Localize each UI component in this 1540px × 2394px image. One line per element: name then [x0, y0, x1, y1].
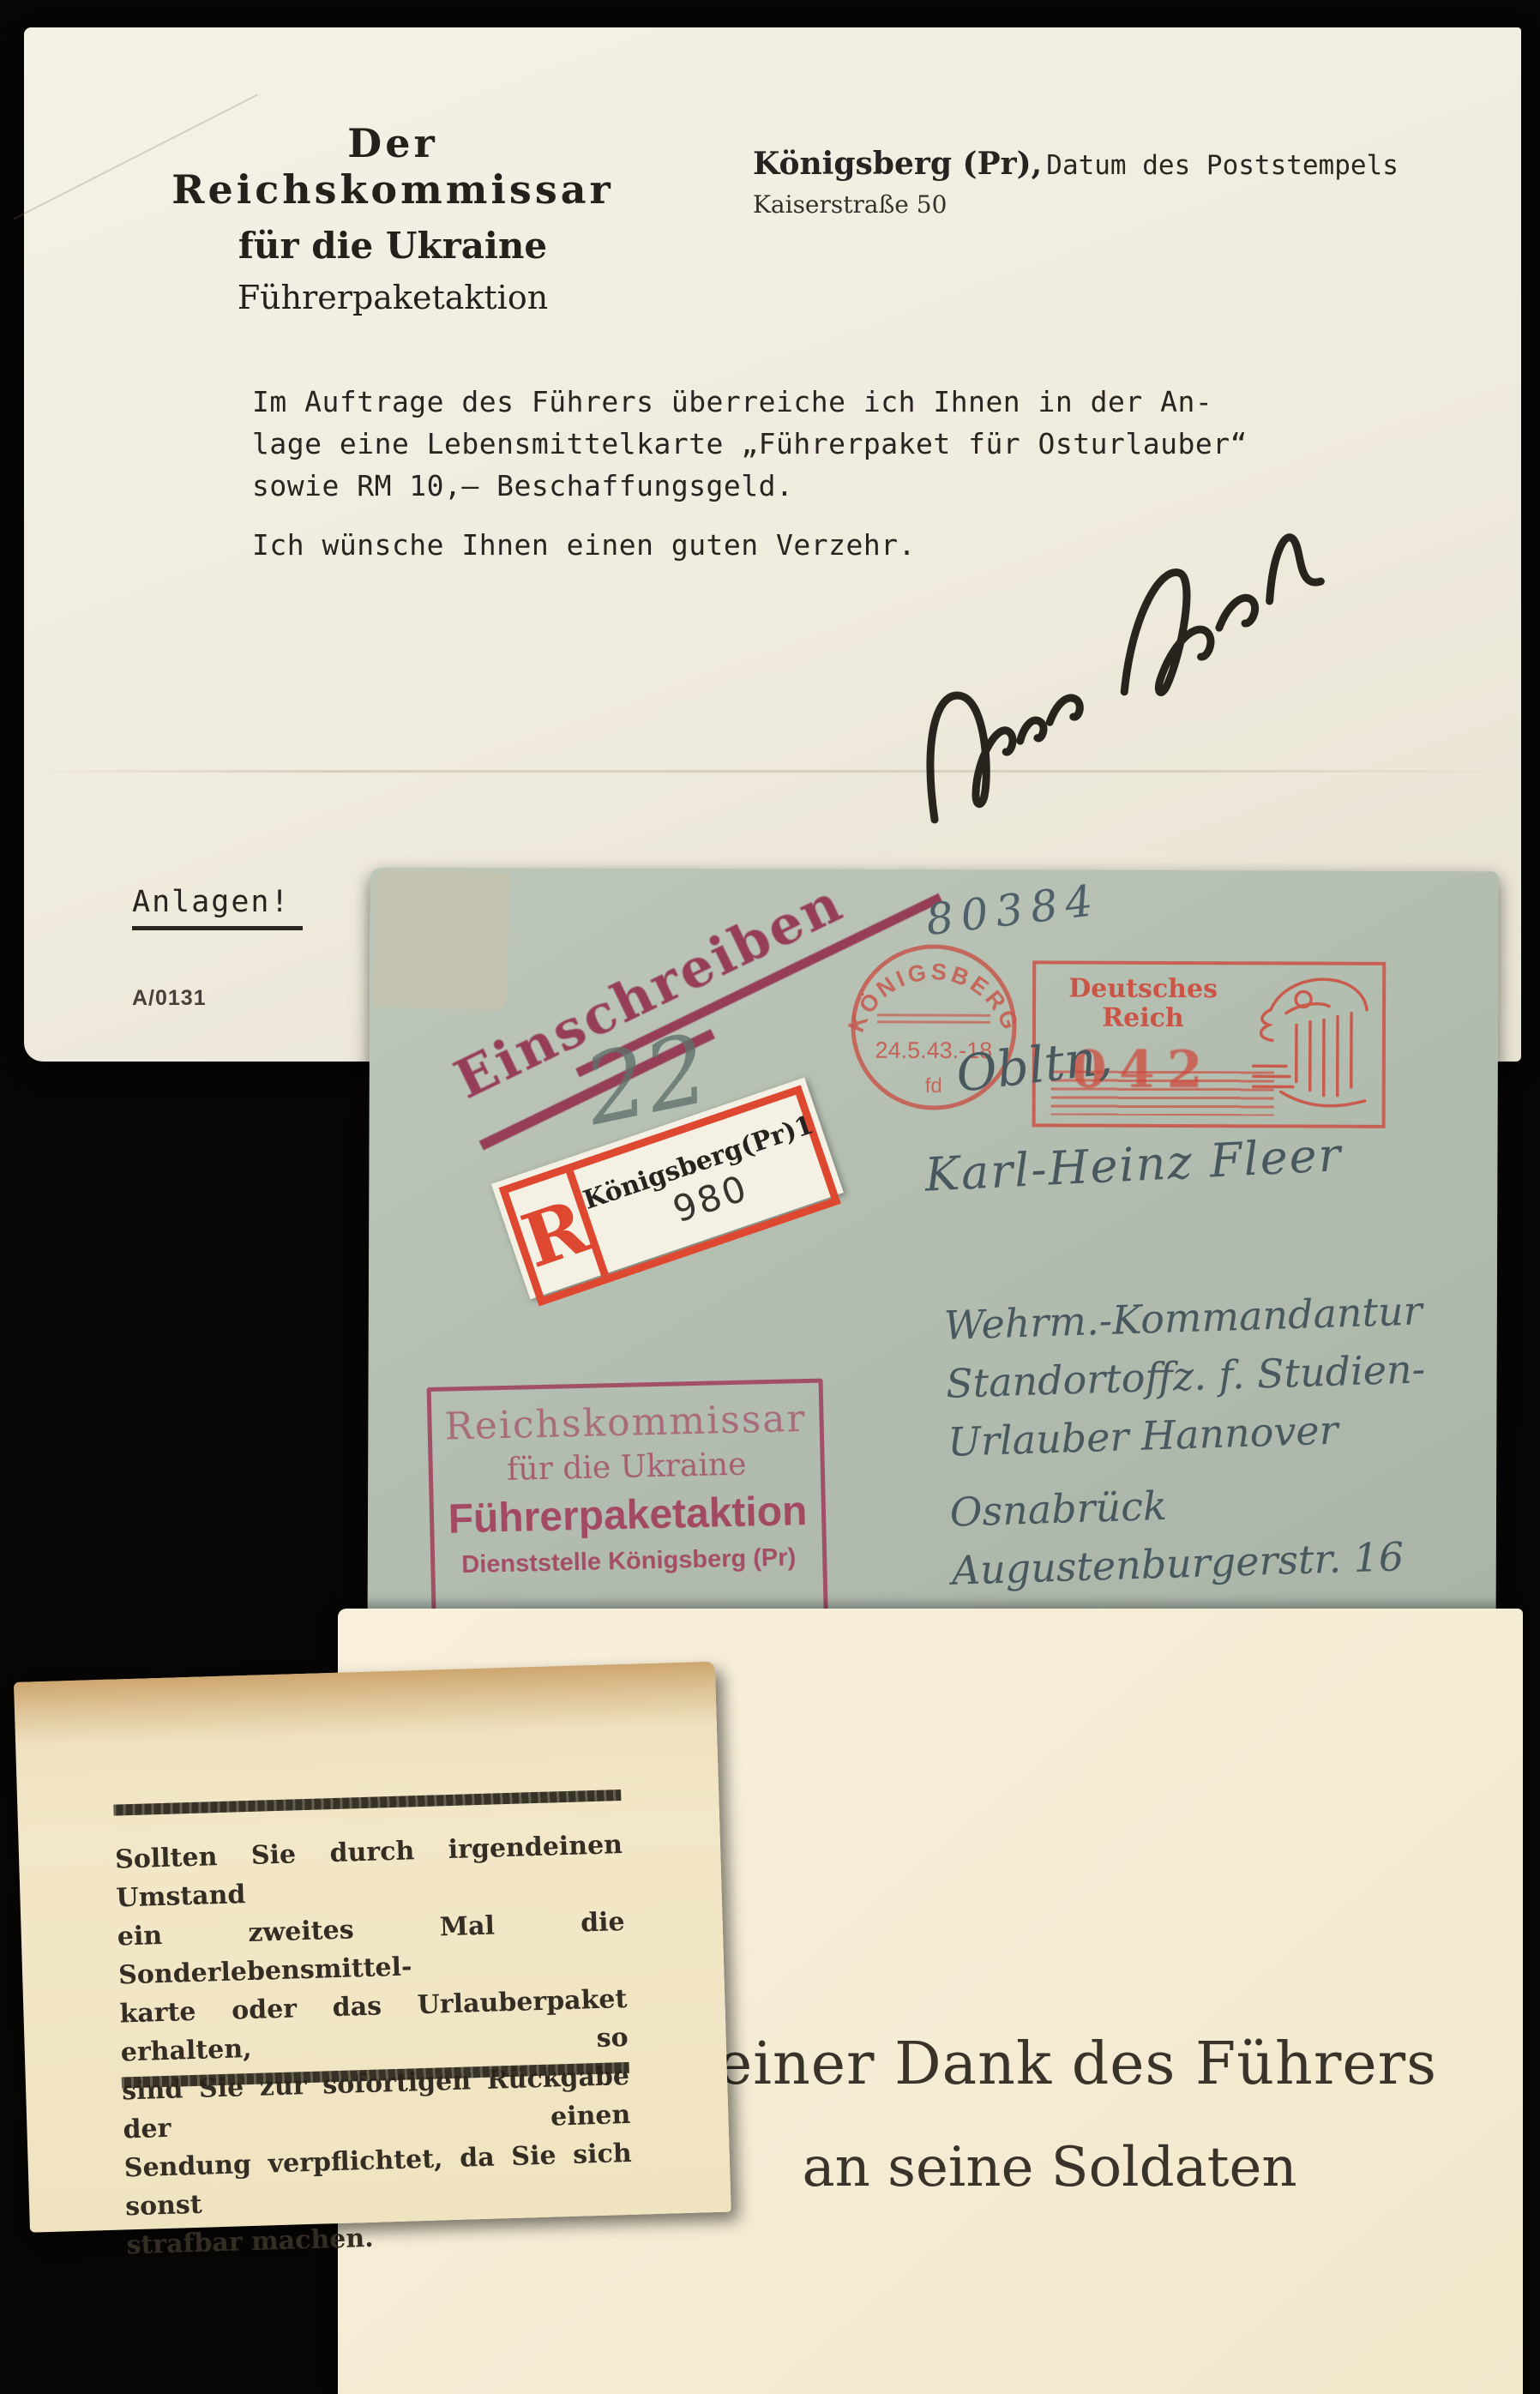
thanks-line1: kleiner Dank des Führers — [621, 2030, 1478, 2098]
letterhead-line1: Der Reichskommissar — [127, 120, 659, 213]
cachet-line1: Reichskommissar — [431, 1397, 820, 1449]
warning-text: Sollten Sie durch irgendeinen Umstand ei… — [115, 1826, 635, 2265]
address-block: Wehrm.-Kommandantur Standortoffz. f. Stu… — [943, 1281, 1432, 1599]
letterhead-line2: für die Ukraine — [127, 225, 659, 267]
place-date-line: Königsberg (Pr), Datum des Poststempels … — [753, 146, 1399, 219]
fold-crease — [24, 770, 1521, 773]
place-name: Königsberg (Pr), — [753, 146, 1042, 182]
decorative-rule — [113, 1789, 621, 1816]
cachet-line3: Führerpaketaktion — [433, 1488, 821, 1543]
envelope: Einschreiben 22 R Königsberg(Pr)1 980 Re… — [367, 868, 1498, 1675]
warning-line: Sendung verpflichtet, da Sie sich sonst — [123, 2134, 633, 2227]
letterhead-line3: Führerpaketaktion — [127, 279, 659, 316]
paper-patch — [373, 869, 510, 1011]
meter-country-line1: Deutsches — [1036, 974, 1250, 1004]
meter-country-line2: Reich — [1036, 1003, 1250, 1033]
registration-r-letter: R — [514, 1190, 596, 1279]
letterhead: Der Reichskommissar für die Ukraine Führ… — [127, 120, 659, 316]
body-line: lage eine Lebensmittelkarte „Führerpaket… — [252, 423, 1248, 465]
document-photo: Der Reichskommissar für die Ukraine Führ… — [0, 0, 1540, 2394]
letter-body: Im Auftrage des Führers überreiche ich I… — [252, 381, 1248, 507]
cachet-line4: Dienststelle Königsberg (Pr) — [435, 1543, 823, 1580]
cachet-line2: für die Ukraine — [432, 1446, 821, 1489]
address-name: Karl-Heinz Fleer — [923, 1128, 1344, 1202]
street-address: Kaiserstraße 50 — [753, 190, 1399, 219]
age-stain — [14, 1662, 717, 1746]
warning-card: Sollten Sie durch irgendeinen Umstand ei… — [14, 1662, 731, 2233]
body-line: Im Auftrage des Führers überreiche ich I… — [252, 381, 1248, 423]
form-number: A/0131 — [132, 986, 207, 1011]
letter-closing: Ich wünsche Ihnen einen guten Verzehr. — [252, 528, 916, 562]
handwritten-number: 80384 — [923, 875, 1103, 945]
warning-line: karte oder das Urlauberpaket erhalten, s… — [119, 1980, 629, 2072]
eagle-icon — [1250, 966, 1380, 1120]
signature-erich-koch — [836, 472, 1424, 903]
datestamp-letters: fd — [925, 1074, 942, 1098]
warning-line: Sollten Sie durch irgendeinen Umstand — [115, 1826, 624, 1918]
thanks-line2: an seine Soldaten — [621, 2136, 1478, 2199]
enclosures-note: Anlagen! — [132, 885, 303, 930]
body-line: sowie RM 10,— Beschaffungsgeld. — [252, 465, 1248, 507]
warning-line: ein zweites Mal die Sonderlebensmittel- — [117, 1903, 626, 1995]
date-note: Datum des Poststempels — [1046, 150, 1399, 181]
thanks-text: kleiner Dank des Führers an seine Soldat… — [621, 2030, 1478, 2199]
